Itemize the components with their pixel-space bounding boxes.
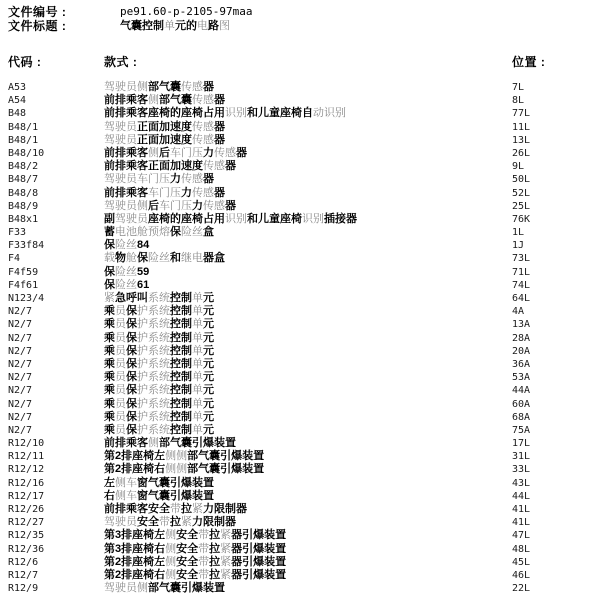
row-style-description: 乘员保护系统控制单元	[104, 332, 214, 345]
row-position: 36A	[512, 358, 530, 371]
row-style-description: 第3排座椅左侧安全带拉紧器引爆装置	[104, 529, 286, 542]
row-style-description: 副驾驶员座椅的座椅占用识别和儿童座椅识别插接器	[104, 213, 357, 226]
table-row: R12/35第3排座椅左侧安全带拉紧器引爆装置47L	[0, 529, 601, 542]
table-row: N2/7乘员保护系统控制单元68A	[0, 411, 601, 424]
row-style-description: 第2排座椅右侧安全带拉紧器引爆装置	[104, 569, 286, 582]
table-row: R12/27驾驶员安全带拉紧力限制器41L	[0, 516, 601, 529]
row-code: A54	[8, 94, 26, 107]
row-style-description: 保险丝59	[104, 266, 149, 279]
table-row: F4载物舱保险丝和继电器盒73L	[0, 252, 601, 265]
row-position: 46L	[512, 569, 530, 582]
row-position: 76K	[512, 213, 530, 226]
row-code: R12/7	[8, 569, 38, 582]
row-style-description: 前排乘客侧部气囊传感器	[104, 94, 225, 107]
row-code: R12/27	[8, 516, 44, 529]
row-code: F4f59	[8, 266, 38, 279]
row-code: R12/35	[8, 529, 44, 542]
row-code: N2/7	[8, 358, 32, 371]
row-code: B48/1	[8, 121, 38, 134]
table-row: R12/17右侧车窗气囊引爆装置44L	[0, 490, 601, 503]
row-code: N2/7	[8, 332, 32, 345]
table-row: N2/7乘员保护系统控制单元28A	[0, 332, 601, 345]
row-style-description: 第2排座椅左侧侧部气囊引爆装置	[104, 450, 264, 463]
row-code: B48/1	[8, 134, 38, 147]
row-position: 33L	[512, 463, 530, 476]
row-position: 77L	[512, 107, 530, 120]
row-code: N2/7	[8, 345, 32, 358]
row-code: B48/8	[8, 187, 38, 200]
row-code: A53	[8, 81, 26, 94]
row-position: 13L	[512, 134, 530, 147]
row-position: 25L	[512, 200, 530, 213]
row-code: F33	[8, 226, 26, 239]
doc-header: 文件编号 :pe91.60-p-2105-97maa 文件标题 :气囊控制单元的…	[8, 5, 252, 33]
row-style-description: 紧急呼叫系统控制单元	[104, 292, 214, 305]
row-code: N2/7	[8, 411, 32, 424]
table-row: N2/7乘员保护系统控制单元13A	[0, 318, 601, 331]
table-row: N2/7乘员保护系统控制单元44A	[0, 384, 601, 397]
row-code: N2/7	[8, 398, 32, 411]
row-code: F4f61	[8, 279, 38, 292]
table-row: R12/12第2排座椅右侧侧部气囊引爆装置33L	[0, 463, 601, 476]
row-position: 41L	[512, 503, 530, 516]
row-position: 4A	[512, 305, 524, 318]
row-position: 1L	[512, 226, 524, 239]
row-code: N2/7	[8, 371, 32, 384]
table-row: N2/7乘员保护系统控制单元60A	[0, 398, 601, 411]
row-position: 52L	[512, 187, 530, 200]
row-code: R12/17	[8, 490, 44, 503]
row-position: 9L	[512, 160, 524, 173]
row-style-description: 蓄电池舱预熔保险丝盒	[104, 226, 214, 239]
table-row: B48/10前排乘客侧后车门压力传感器26L	[0, 147, 601, 160]
row-position: 17L	[512, 437, 530, 450]
row-code: F4	[8, 252, 20, 265]
table-row: N2/7乘员保护系统控制单元4A	[0, 305, 601, 318]
table-row: N2/7乘员保护系统控制单元20A	[0, 345, 601, 358]
doc-number-label: 文件编号 :	[8, 5, 120, 19]
table-row: R12/11第2排座椅左侧侧部气囊引爆装置31L	[0, 450, 601, 463]
table-row: R12/16左侧车窗气囊引爆装置43L	[0, 477, 601, 490]
row-code: N2/7	[8, 424, 32, 437]
doc-title-row: 文件标题 :气囊控制单元的电路图	[8, 19, 252, 33]
table-row: F33蓄电池舱预熔保险丝盒1L	[0, 226, 601, 239]
row-position: 64L	[512, 292, 530, 305]
table-column-headers: 代码 : 款式 : 位置 :	[0, 53, 601, 67]
row-style-description: 乘员保护系统控制单元	[104, 424, 214, 437]
table-row: R12/36第3排座椅右侧安全带拉紧器引爆装置48L	[0, 543, 601, 556]
row-position: 48L	[512, 543, 530, 556]
table-row: A54前排乘客侧部气囊传感器8L	[0, 94, 601, 107]
row-style-description: 乘员保护系统控制单元	[104, 384, 214, 397]
row-position: 68A	[512, 411, 530, 424]
row-style-description: 第2排座椅右侧侧部气囊引爆装置	[104, 463, 264, 476]
row-code: R12/36	[8, 543, 44, 556]
row-position: 11L	[512, 121, 530, 134]
row-style-description: 前排乘客正面加速度传感器	[104, 160, 236, 173]
row-style-description: 右侧车窗气囊引爆装置	[104, 490, 214, 503]
row-style-description: 第3排座椅右侧安全带拉紧器引爆装置	[104, 543, 286, 556]
row-style-description: 驾驶员侧部气囊传感器	[104, 81, 214, 94]
row-position: 60A	[512, 398, 530, 411]
airbag-circuit-component-document: 文件编号 :pe91.60-p-2105-97maa 文件标题 :气囊控制单元的…	[0, 0, 601, 601]
component-list: A53驾驶员侧部气囊传感器7LA54前排乘客侧部气囊传感器8LB48前排乘客座椅…	[0, 81, 601, 595]
table-row: B48x1副驾驶员座椅的座椅占用识别和儿童座椅识别插接器76K	[0, 213, 601, 226]
row-position: 1J	[512, 239, 524, 252]
column-header-code: 代码 :	[8, 53, 41, 70]
doc-number-value: pe91.60-p-2105-97maa	[120, 5, 252, 18]
row-style-description: 驾驶员车门压力传感器	[104, 173, 214, 186]
row-style-description: 乘员保护系统控制单元	[104, 318, 214, 331]
doc-title-label: 文件标题 :	[8, 19, 120, 33]
row-style-description: 前排乘客座椅的座椅占用识别和儿童座椅自动识别	[104, 107, 346, 120]
row-position: 8L	[512, 94, 524, 107]
row-code: R12/11	[8, 450, 44, 463]
row-code: R12/6	[8, 556, 38, 569]
table-row: N2/7乘员保护系统控制单元36A	[0, 358, 601, 371]
doc-title-value: 气囊控制单元的电路图	[120, 20, 230, 32]
table-row: R12/10前排乘客侧部气囊引爆装置17L	[0, 437, 601, 450]
row-position: 13A	[512, 318, 530, 331]
column-header-position: 位置 :	[512, 53, 545, 70]
row-position: 75A	[512, 424, 530, 437]
row-position: 71L	[512, 266, 530, 279]
row-style-description: 前排乘客侧后车门压力传感器	[104, 147, 247, 160]
row-style-description: 乘员保护系统控制单元	[104, 305, 214, 318]
table-row: R12/6第2排座椅左侧安全带拉紧器引爆装置45L	[0, 556, 601, 569]
row-code: B48	[8, 107, 26, 120]
row-style-description: 乘员保护系统控制单元	[104, 411, 214, 424]
row-style-description: 载物舱保险丝和继电器盒	[104, 252, 225, 265]
row-position: 20A	[512, 345, 530, 358]
row-style-description: 左侧车窗气囊引爆装置	[104, 477, 214, 490]
row-style-description: 乘员保护系统控制单元	[104, 398, 214, 411]
row-style-description: 前排乘客安全带拉紧力限制器	[104, 503, 247, 516]
column-header-style: 款式 :	[104, 53, 137, 70]
table-row: N123/4紧急呼叫系统控制单元64L	[0, 292, 601, 305]
row-position: 44A	[512, 384, 530, 397]
row-position: 44L	[512, 490, 530, 503]
table-row: B48/1驾驶员正面加速度传感器11L	[0, 121, 601, 134]
row-code: B48x1	[8, 213, 38, 226]
row-style-description: 前排乘客侧部气囊引爆装置	[104, 437, 236, 450]
row-style-description: 乘员保护系统控制单元	[104, 358, 214, 371]
row-position: 41L	[512, 516, 530, 529]
row-code: R12/9	[8, 582, 38, 595]
row-position: 28A	[512, 332, 530, 345]
row-style-description: 前排乘客车门压力传感器	[104, 187, 225, 200]
table-row: A53驾驶员侧部气囊传感器7L	[0, 81, 601, 94]
row-style-description: 驾驶员正面加速度传感器	[104, 134, 225, 147]
row-position: 47L	[512, 529, 530, 542]
row-position: 45L	[512, 556, 530, 569]
table-row: B48/2前排乘客正面加速度传感器9L	[0, 160, 601, 173]
table-row: N2/7乘员保护系统控制单元53A	[0, 371, 601, 384]
table-row: R12/7第2排座椅右侧安全带拉紧器引爆装置46L	[0, 569, 601, 582]
row-code: B48/2	[8, 160, 38, 173]
table-row: F4f61保险丝6174L	[0, 279, 601, 292]
table-row: R12/9驾驶员侧部气囊引爆装置22L	[0, 582, 601, 595]
table-row: N2/7乘员保护系统控制单元75A	[0, 424, 601, 437]
row-position: 50L	[512, 173, 530, 186]
row-style-description: 驾驶员侧后车门压力传感器	[104, 200, 236, 213]
table-row: B48/1驾驶员正面加速度传感器13L	[0, 134, 601, 147]
row-code: N123/4	[8, 292, 44, 305]
row-position: 74L	[512, 279, 530, 292]
table-row: B48/8前排乘客车门压力传感器52L	[0, 187, 601, 200]
row-style-description: 第2排座椅左侧安全带拉紧器引爆装置	[104, 556, 286, 569]
table-row: B48前排乘客座椅的座椅占用识别和儿童座椅自动识别77L	[0, 107, 601, 120]
row-style-description: 乘员保护系统控制单元	[104, 345, 214, 358]
table-row: R12/26前排乘客安全带拉紧力限制器41L	[0, 503, 601, 516]
table-row: B48/7驾驶员车门压力传感器50L	[0, 173, 601, 186]
row-position: 22L	[512, 582, 530, 595]
row-code: B48/9	[8, 200, 38, 213]
row-code: N2/7	[8, 305, 32, 318]
row-code: R12/10	[8, 437, 44, 450]
row-code: B48/10	[8, 147, 44, 160]
row-code: R12/16	[8, 477, 44, 490]
row-style-description: 乘员保护系统控制单元	[104, 371, 214, 384]
row-code: N2/7	[8, 318, 32, 331]
doc-number-row: 文件编号 :pe91.60-p-2105-97maa	[8, 5, 252, 19]
row-style-description: 驾驶员安全带拉紧力限制器	[104, 516, 236, 529]
row-style-description: 保险丝84	[104, 239, 149, 252]
row-style-description: 驾驶员正面加速度传感器	[104, 121, 225, 134]
table-row: F33f84保险丝841J	[0, 239, 601, 252]
row-position: 73L	[512, 252, 530, 265]
row-code: N2/7	[8, 384, 32, 397]
row-code: B48/7	[8, 173, 38, 186]
row-code: F33f84	[8, 239, 44, 252]
row-position: 26L	[512, 147, 530, 160]
row-code: R12/12	[8, 463, 44, 476]
table-row: F4f59保险丝5971L	[0, 266, 601, 279]
row-position: 7L	[512, 81, 524, 94]
table-row: B48/9驾驶员侧后车门压力传感器25L	[0, 200, 601, 213]
row-style-description: 驾驶员侧部气囊引爆装置	[104, 582, 225, 595]
row-position: 43L	[512, 477, 530, 490]
row-code: R12/26	[8, 503, 44, 516]
row-style-description: 保险丝61	[104, 279, 149, 292]
row-position: 53A	[512, 371, 530, 384]
row-position: 31L	[512, 450, 530, 463]
